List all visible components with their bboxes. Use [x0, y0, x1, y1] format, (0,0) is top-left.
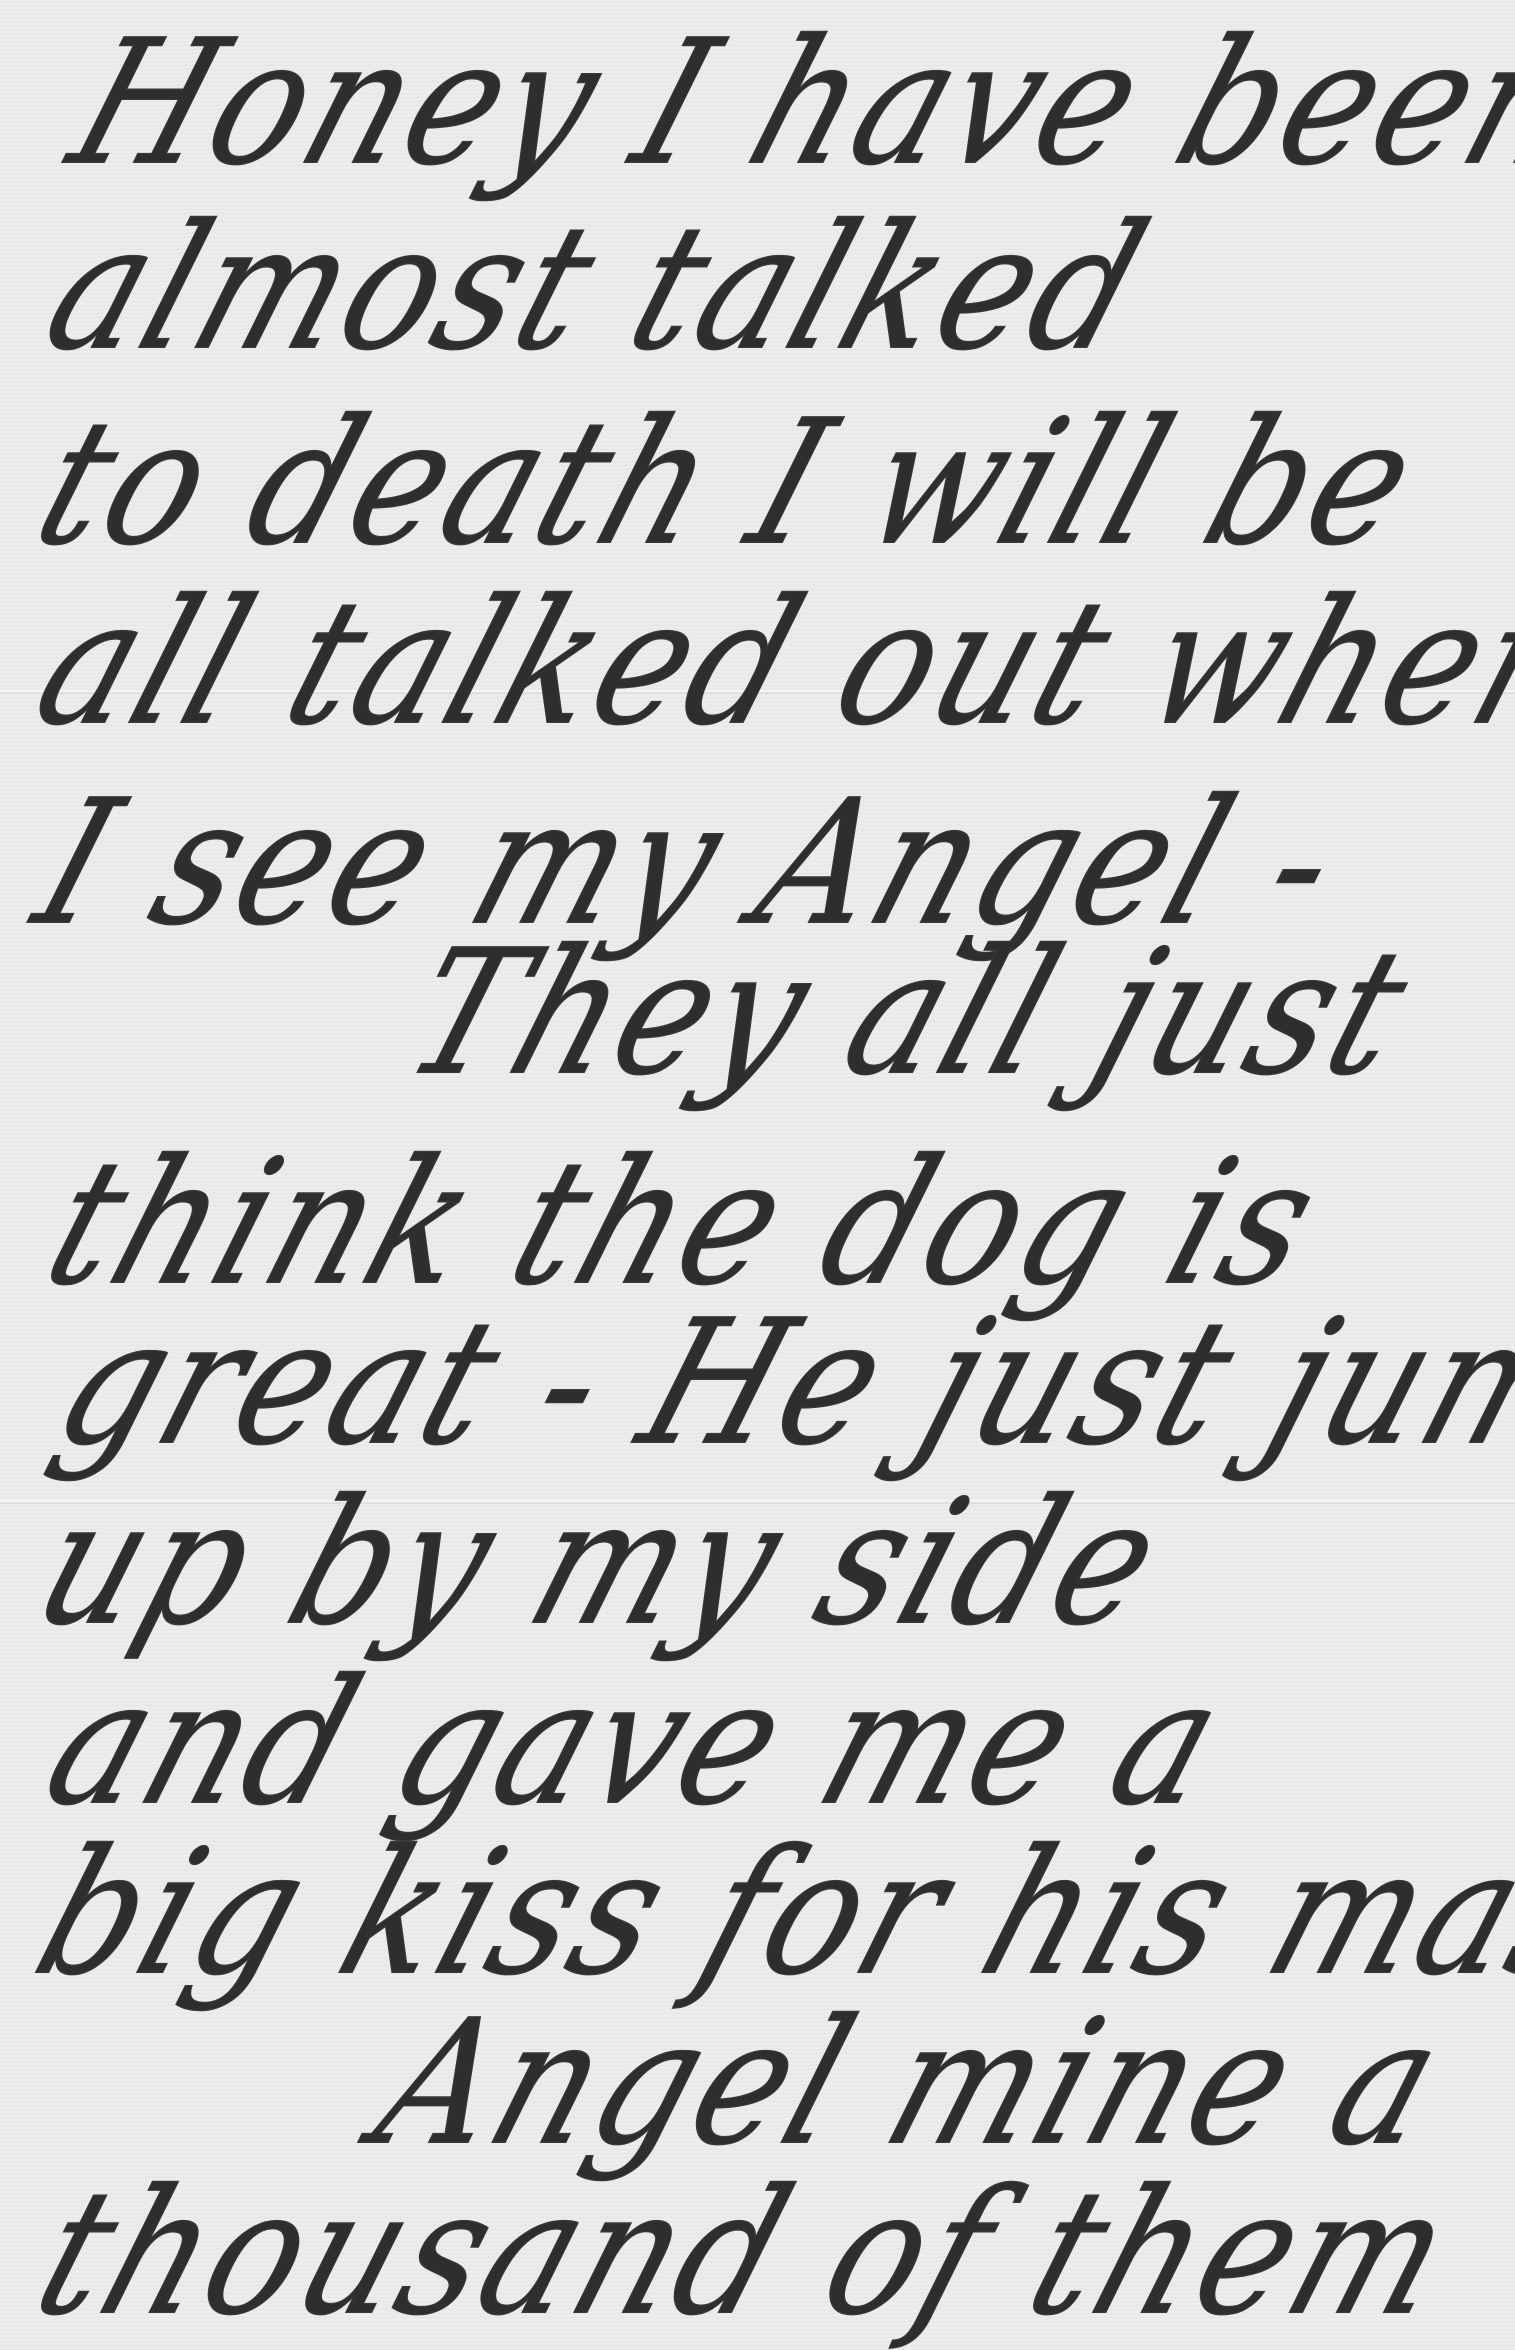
handwritten-line: They all just — [390, 928, 1429, 1101]
handwritten-line: Honey I have been — [55, 18, 1515, 191]
handwritten-line: great - He just jumped — [40, 1298, 1515, 1471]
handwritten-line: and gave me a — [30, 1658, 1243, 1831]
handwritten-line: up by my side — [20, 1478, 1181, 1651]
handwritten-line: all talked out when — [20, 578, 1515, 751]
handwritten-line: big kiss for his master — [20, 1828, 1515, 2001]
letter-page: Honey I have been almost talked to death… — [0, 0, 1515, 2350]
handwritten-line: thousand of them — [20, 2168, 1472, 2341]
handwritten-line: to death I will be — [20, 398, 1437, 571]
handwritten-line: Angel mine a — [360, 1998, 1462, 2171]
handwritten-line: almost talked — [30, 203, 1166, 376]
